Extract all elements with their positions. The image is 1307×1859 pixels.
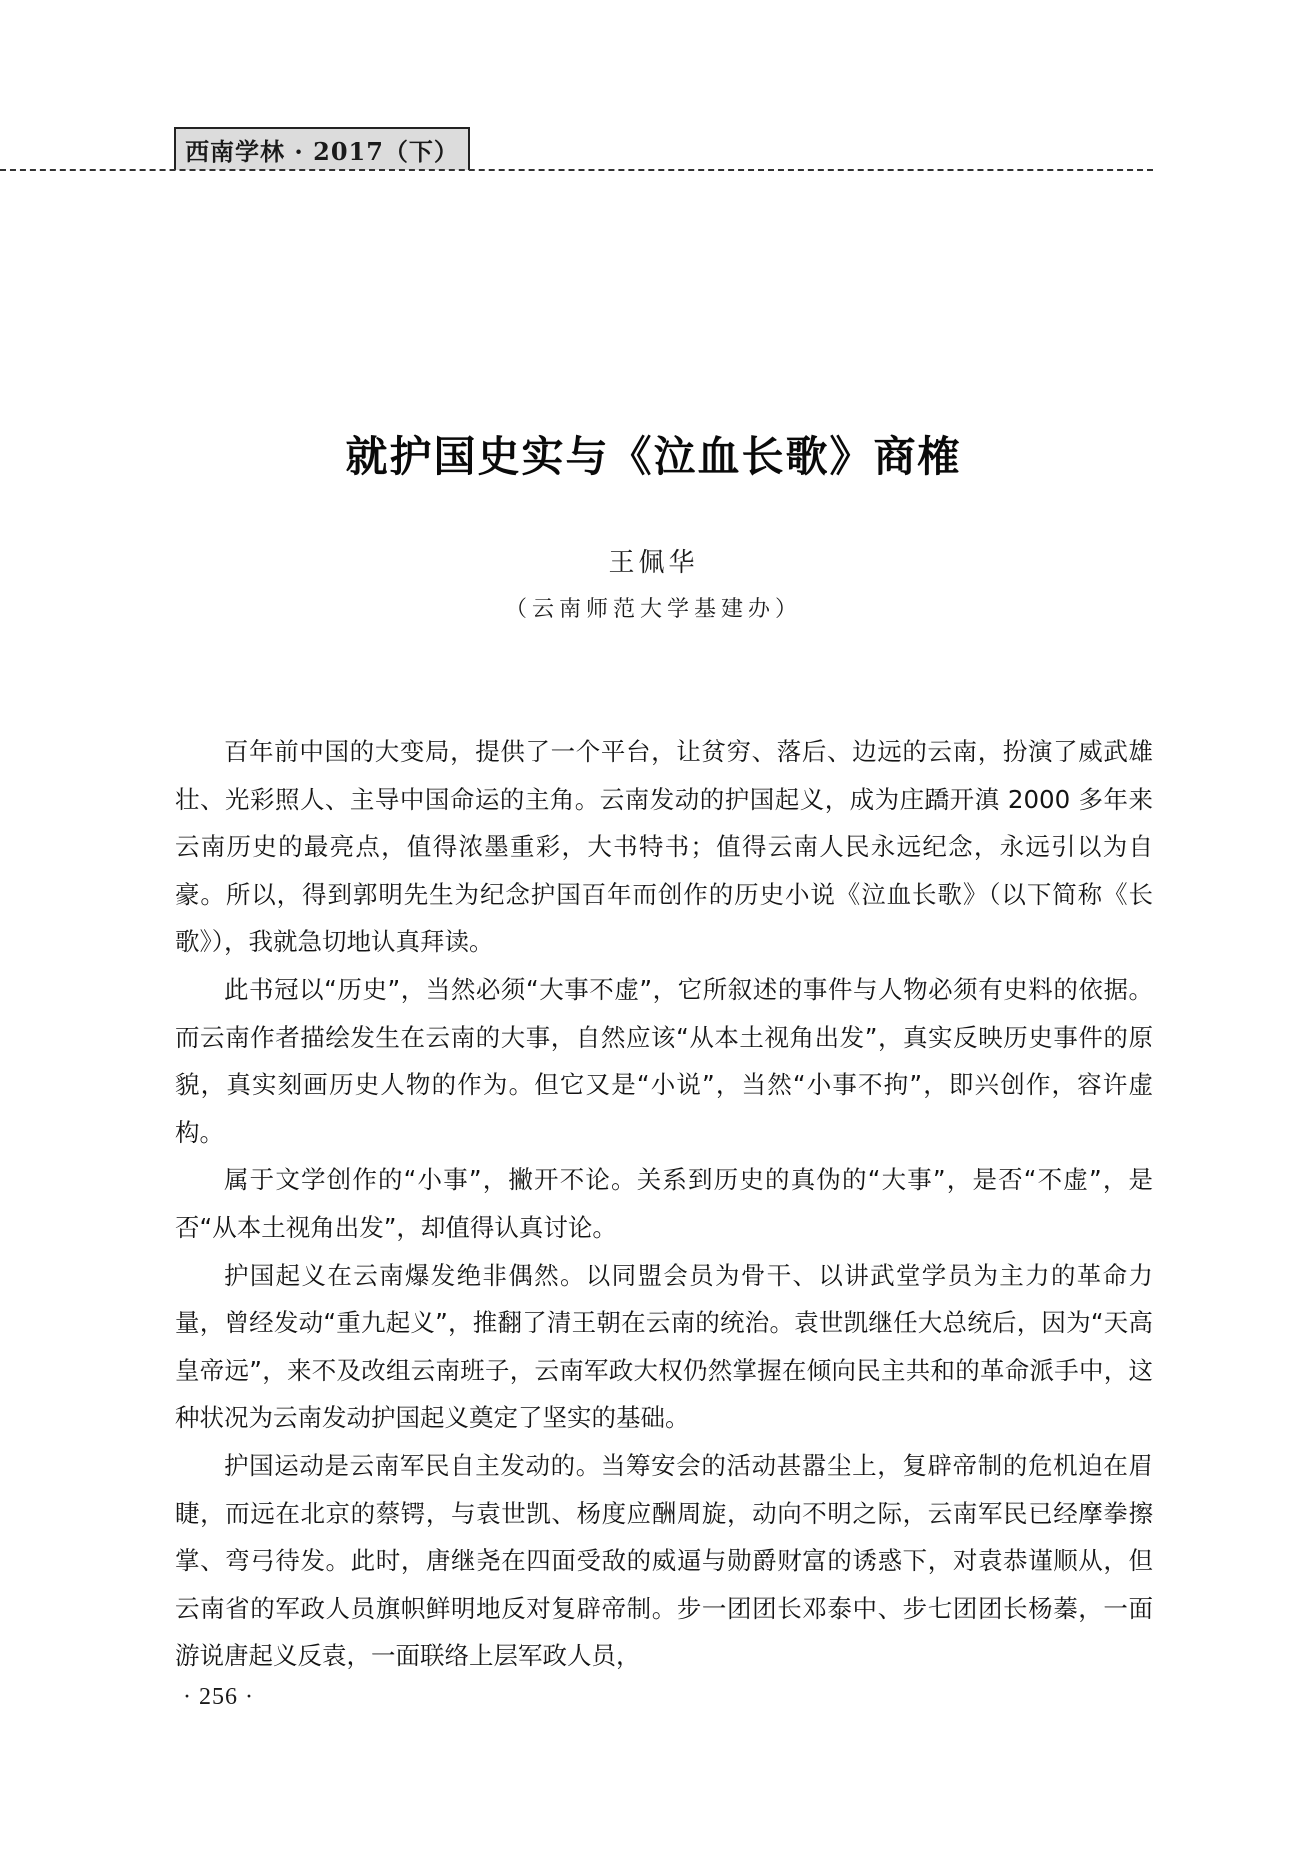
paragraph: 此书冠以“历史”，当然必须“大事不虚”，它所叙述的事件与人物必须有史料的依据。而… (175, 966, 1153, 1156)
page-number: · 256 · (183, 1684, 254, 1711)
paragraph: 护国运动是云南军民自主发动的。当筹安会的活动甚嚣尘上，复辟帝制的危机迫在眉睫，而… (175, 1442, 1153, 1680)
journal-name: 西南学林 · 2017（下） (185, 132, 459, 167)
article-title: 就护国史实与《泣血长歌》商榷 (0, 424, 1307, 484)
journal-header-box: 西南学林 · 2017（下） (174, 127, 470, 170)
running-header: 西南学林 · 2017（下） (0, 127, 1153, 171)
author-affiliation: （云南师范大学基建办） (0, 592, 1307, 623)
paragraph: 属于文学创作的“小事”，撇开不论。关系到历史的真伪的“大事”，是否“不虚”，是否… (175, 1156, 1153, 1251)
article-author: 王佩华 (0, 542, 1307, 579)
paragraph: 护国起义在云南爆发绝非偶然。以同盟会员为骨干、以讲武堂学员为主力的革命力量，曾经… (175, 1252, 1153, 1442)
article-body: 百年前中国的大变局，提供了一个平台，让贫穷、落后、边远的云南，扮演了威武雄壮、光… (175, 728, 1153, 1680)
paragraph: 百年前中国的大变局，提供了一个平台，让贫穷、落后、边远的云南，扮演了威武雄壮、光… (175, 728, 1153, 966)
header-dashed-rule (0, 169, 1153, 171)
